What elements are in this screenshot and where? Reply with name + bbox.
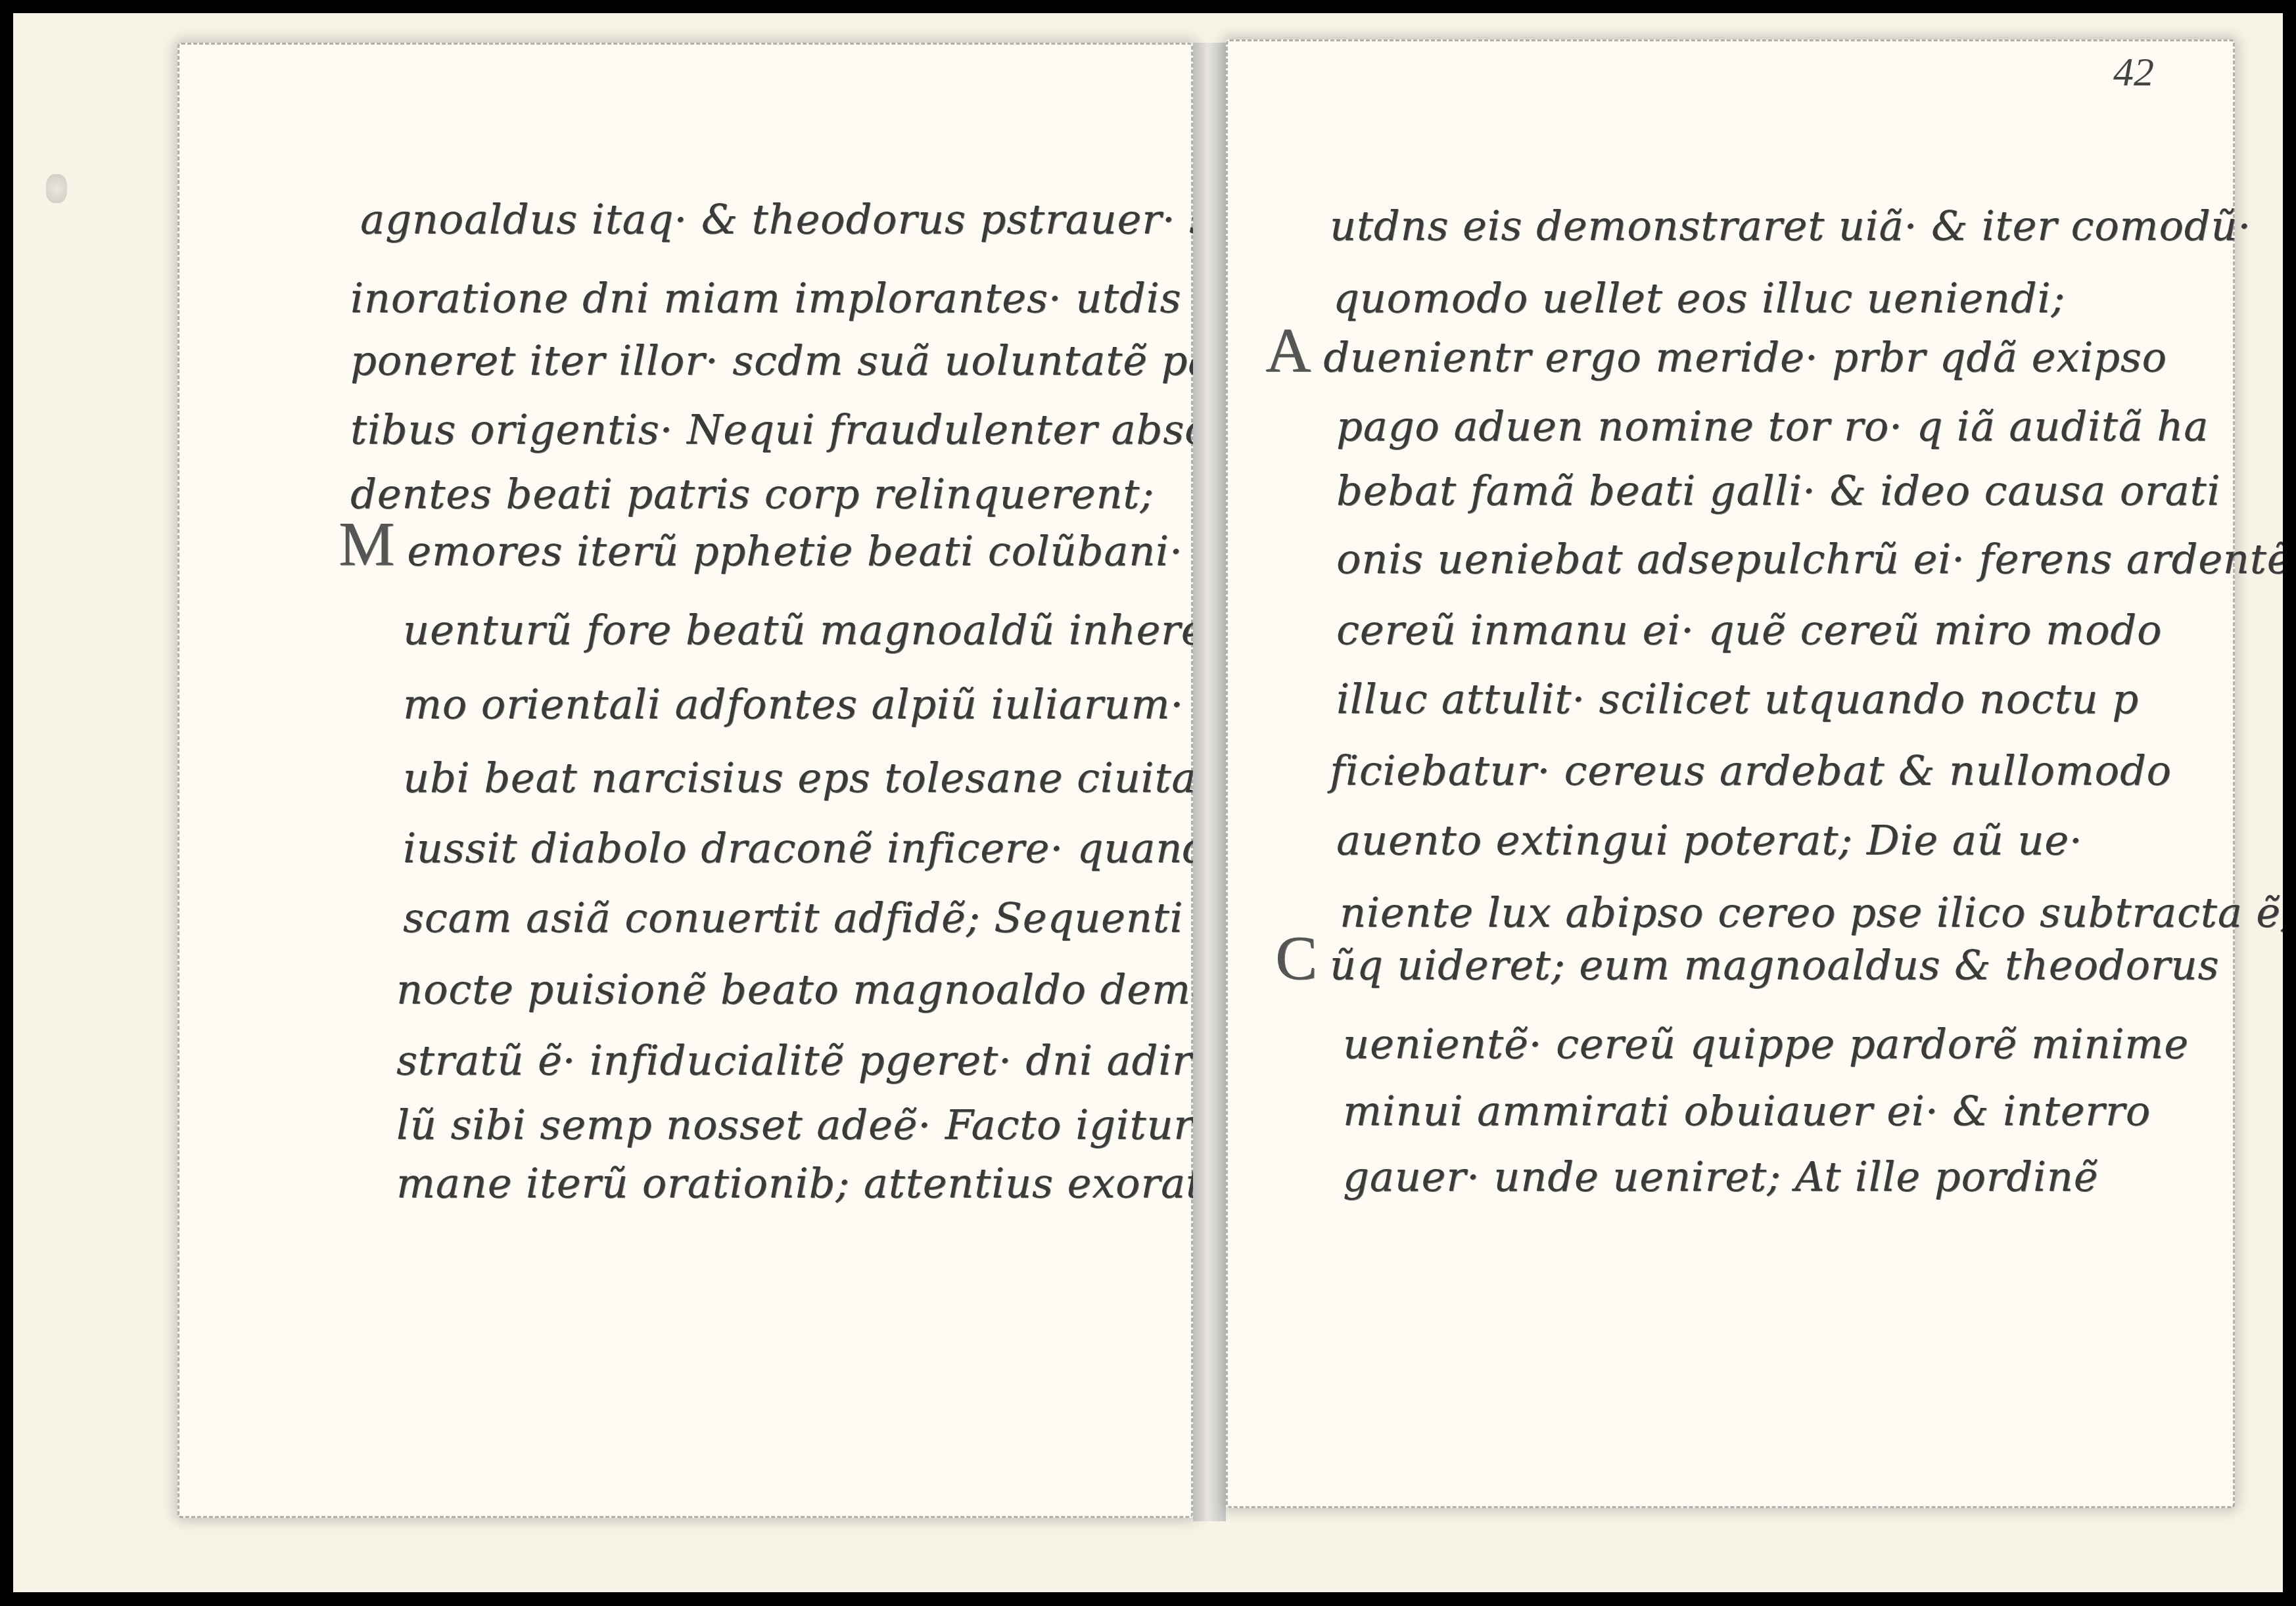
text-line: cereũ inmanu ei· quẽ cereũ miro modo: [1324, 591, 2162, 654]
text-line: ficiebatur· cereus ardebat & nullomodo: [1318, 732, 2172, 795]
text-line: Cũq uideret; eum magnoaldus & theodorus: [1275, 927, 2219, 990]
text-line: stratũ ẽ· infiducialitẽ pgeret· dni adir…: [385, 1022, 1271, 1085]
text-line: mane iterũ orationib; attentius exoratis…: [385, 1145, 1252, 1208]
text-line: dentes beati patris corp relinquerent;: [339, 455, 1154, 518]
text-line: scam asiã conuertit adfidẽ; Sequenti ũ: [391, 879, 1224, 942]
text-line: minui ammirati obuiauer ei· & interro: [1331, 1072, 2151, 1136]
line-text: utdns eis demonstraret uiã· & iter comod…: [1330, 202, 2251, 250]
text-line: illuc attulit· scilicet utquando noctu p: [1324, 660, 2139, 723]
line-text: emores iterũ pphetie beati colũbani· qdi…: [407, 527, 1287, 575]
text-line: Aduenientr ergo meride· prbr qdã exipso: [1265, 319, 2167, 382]
line-text: auento extingui poterat; Die aũ ue·: [1336, 816, 2083, 864]
line-text: tibus origentis· Nequi fraudulenter absc…: [350, 405, 1257, 453]
text-line: agnoaldus itaq· & theodorus pstrauer· se…: [348, 181, 1324, 244]
text-line: onis ueniebat adsepulchrũ ei· ferens ard…: [1324, 520, 2283, 584]
text-line: nocte puisionẽ beato magnoaldo demon: [385, 951, 1243, 1014]
text-line: pago aduen nomine tor ro· q iã auditã ha: [1324, 388, 2209, 451]
initial-letter: A: [1265, 315, 1311, 385]
line-text: ubi beat narcisius eps tolesane ciuitati…: [403, 754, 1249, 802]
left-page: agnoaldus itaq· & theodorus pstrauer· se…: [177, 43, 1193, 1518]
text-line: mo orientali adfontes alpiũ iuliarum·: [391, 666, 1184, 729]
line-text: quomodo uellet eos illuc ueniendi;: [1333, 274, 2065, 322]
line-text: lũ sibi semp nosset adeẽ· Facto igitur: [396, 1101, 1194, 1149]
paper-blemish: [46, 174, 67, 203]
text-line: auento extingui poterat; Die aũ ue·: [1324, 802, 2083, 865]
text-line: ubi beat narcisius eps tolesane ciuitati…: [391, 739, 1249, 802]
line-text: iussit diabolo draconẽ inficere· quando: [403, 824, 1234, 872]
line-text: gauer· unde ueniret; At ille pordinẽ: [1343, 1153, 2099, 1201]
folio-number: 42: [2113, 49, 2154, 96]
text-line: bebat famã beati galli· & ideo causa ora…: [1324, 452, 2220, 515]
line-text: illuc attulit· scilicet utquando noctu p: [1336, 675, 2139, 723]
line-text: mo orientali adfontes alpiũ iuliarum·: [403, 680, 1184, 728]
line-text: agnoaldus itaq· & theodorus pstrauer· se…: [360, 195, 1324, 243]
line-text: ficiebatur· cereus ardebat & nullomodo: [1330, 746, 2172, 794]
text-line: lũ sibi semp nosset adeẽ· Facto igitur: [385, 1086, 1194, 1149]
line-text: cereũ inmanu ei· quẽ cereũ miro modo: [1336, 606, 2162, 654]
initial-letter: M: [339, 509, 395, 579]
text-line: iussit diabolo draconẽ inficere· quando: [391, 810, 1234, 873]
line-text: nocte puisionẽ beato magnoaldo demon: [396, 965, 1243, 1013]
text-line: inoratione dni miam implorantes· utdis: [339, 260, 1181, 323]
book-gutter: [1193, 43, 1226, 1521]
line-text: dentes beati patris corp relinquerent;: [350, 470, 1154, 518]
text-line: uenientẽ· cereũ quippe pardorẽ minime: [1331, 1005, 2189, 1068]
text-line: poneret iter illor· scdm suã uoluntatẽ p…: [339, 322, 1233, 385]
line-text: bebat famã beati galli· & ideo causa ora…: [1336, 467, 2220, 515]
text-line: utdns eis demonstraret uiã· & iter comod…: [1318, 187, 2251, 250]
line-text: uenturũ fore beatũ magnoaldũ inhere: [403, 606, 1206, 654]
text-line: quomodo uellet eos illuc ueniendi;: [1321, 260, 2065, 323]
line-text: inoratione dni miam implorantes· utdis: [350, 274, 1181, 322]
scan-background: agnoaldus itaq· & theodorus pstrauer· se…: [13, 13, 2283, 1592]
initial-letter: C: [1275, 923, 1318, 993]
line-text: ũq uideret; eum magnoaldus & theodorus: [1330, 941, 2219, 989]
text-line: uenturũ fore beatũ magnoaldũ inhere: [391, 591, 1206, 654]
line-text: poneret iter illor· scdm suã uoluntatẽ p…: [350, 336, 1233, 384]
line-text: stratũ ẽ· infiducialitẽ pgeret· dni adir…: [396, 1036, 1271, 1084]
line-text: mane iterũ orationib; attentius exoratis…: [396, 1159, 1252, 1207]
text-line: tibus origentis· Nequi fraudulenter absc…: [339, 391, 1257, 454]
line-text: uenientẽ· cereũ quippe pardorẽ minime: [1343, 1020, 2189, 1068]
line-text: onis ueniebat adsepulchrũ ei· ferens ard…: [1336, 535, 2283, 583]
text-line: Memores iterũ pphetie beati colũbani· qd…: [339, 513, 1287, 576]
right-page: utdns eis demonstraret uiã· & iter comod…: [1226, 39, 2235, 1508]
line-text: minui ammirati obuiauer ei· & interro: [1343, 1087, 2151, 1135]
line-text: pago aduen nomine tor ro· q iã auditã ha: [1336, 402, 2209, 450]
line-text: duenientr ergo meride· prbr qdã exipso: [1323, 333, 2167, 381]
text-line: gauer· unde ueniret; At ille pordinẽ: [1331, 1138, 2099, 1201]
line-text: scam asiã conuertit adfidẽ; Sequenti ũ: [403, 894, 1224, 942]
